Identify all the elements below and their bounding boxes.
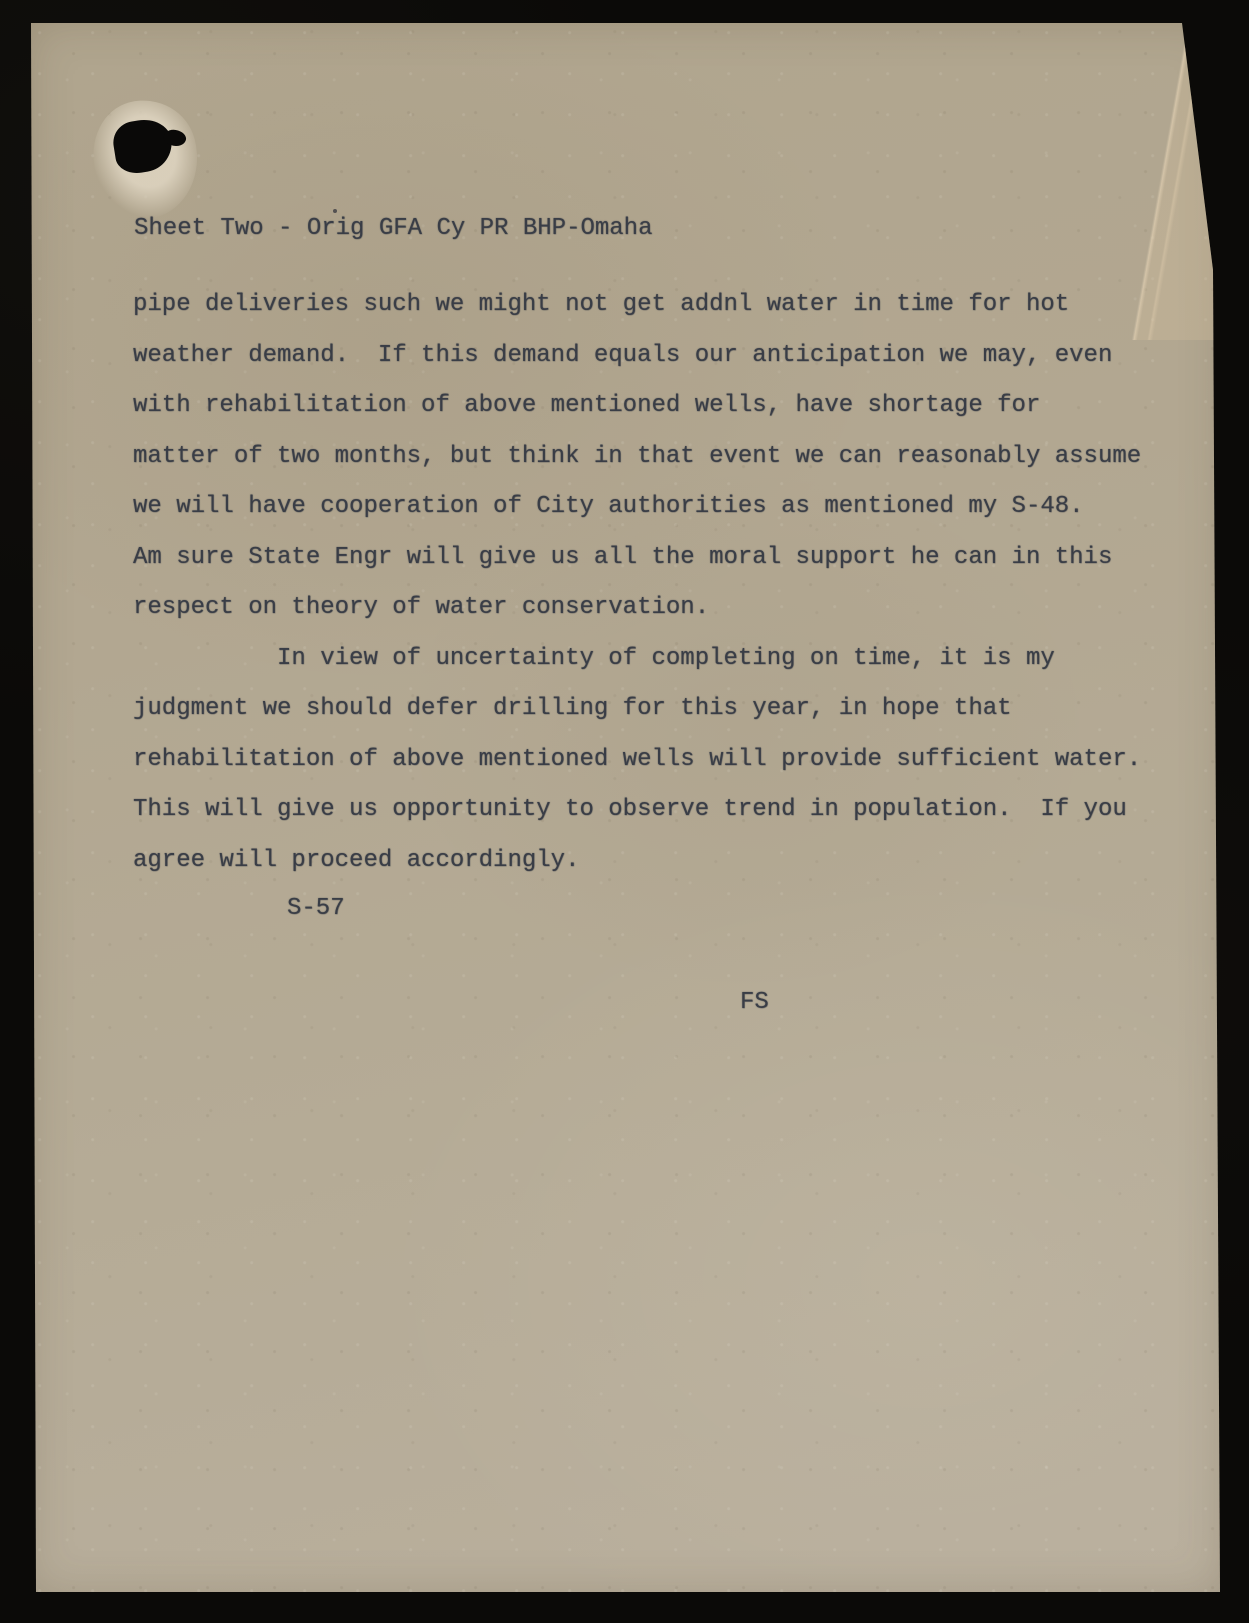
document-line: Am sure State Engr will give us all the … xyxy=(133,533,1141,584)
document-line: respect on theory of water conservation. xyxy=(133,583,1141,634)
document-line: rehabilitation of above mentioned wells … xyxy=(133,735,1141,786)
document-line: pipe deliveries such we might not get ad… xyxy=(133,280,1141,331)
document-line: weather demand. If this demand equals ou… xyxy=(133,331,1141,382)
document-line: with rehabilitation of above mentioned w… xyxy=(133,381,1141,432)
document-line: In view of uncertainty of completing on … xyxy=(133,634,1141,685)
document-line: we will have cooperation of City authori… xyxy=(133,482,1141,533)
document-line: agree will proceed accordingly. xyxy=(133,836,1141,887)
document-line: judgment we should defer drilling for th… xyxy=(133,684,1141,735)
document-body: pipe deliveries such we might not get ad… xyxy=(133,280,1141,886)
document-reference-number: S-57 xyxy=(287,884,345,935)
document-header: Sheet Two - Orig GFA Cy PR BHP-Omaha xyxy=(134,204,652,255)
document-line: This will give us opportunity to observe… xyxy=(133,785,1141,836)
document-initials: FS xyxy=(740,978,769,1029)
document-line: matter of two months, but think in that … xyxy=(133,432,1141,483)
paper-sheet: Sheet Two - Orig GFA Cy PR BHP-Omaha pip… xyxy=(28,20,1224,1596)
scan-background: Sheet Two - Orig GFA Cy PR BHP-Omaha pip… xyxy=(0,0,1249,1623)
